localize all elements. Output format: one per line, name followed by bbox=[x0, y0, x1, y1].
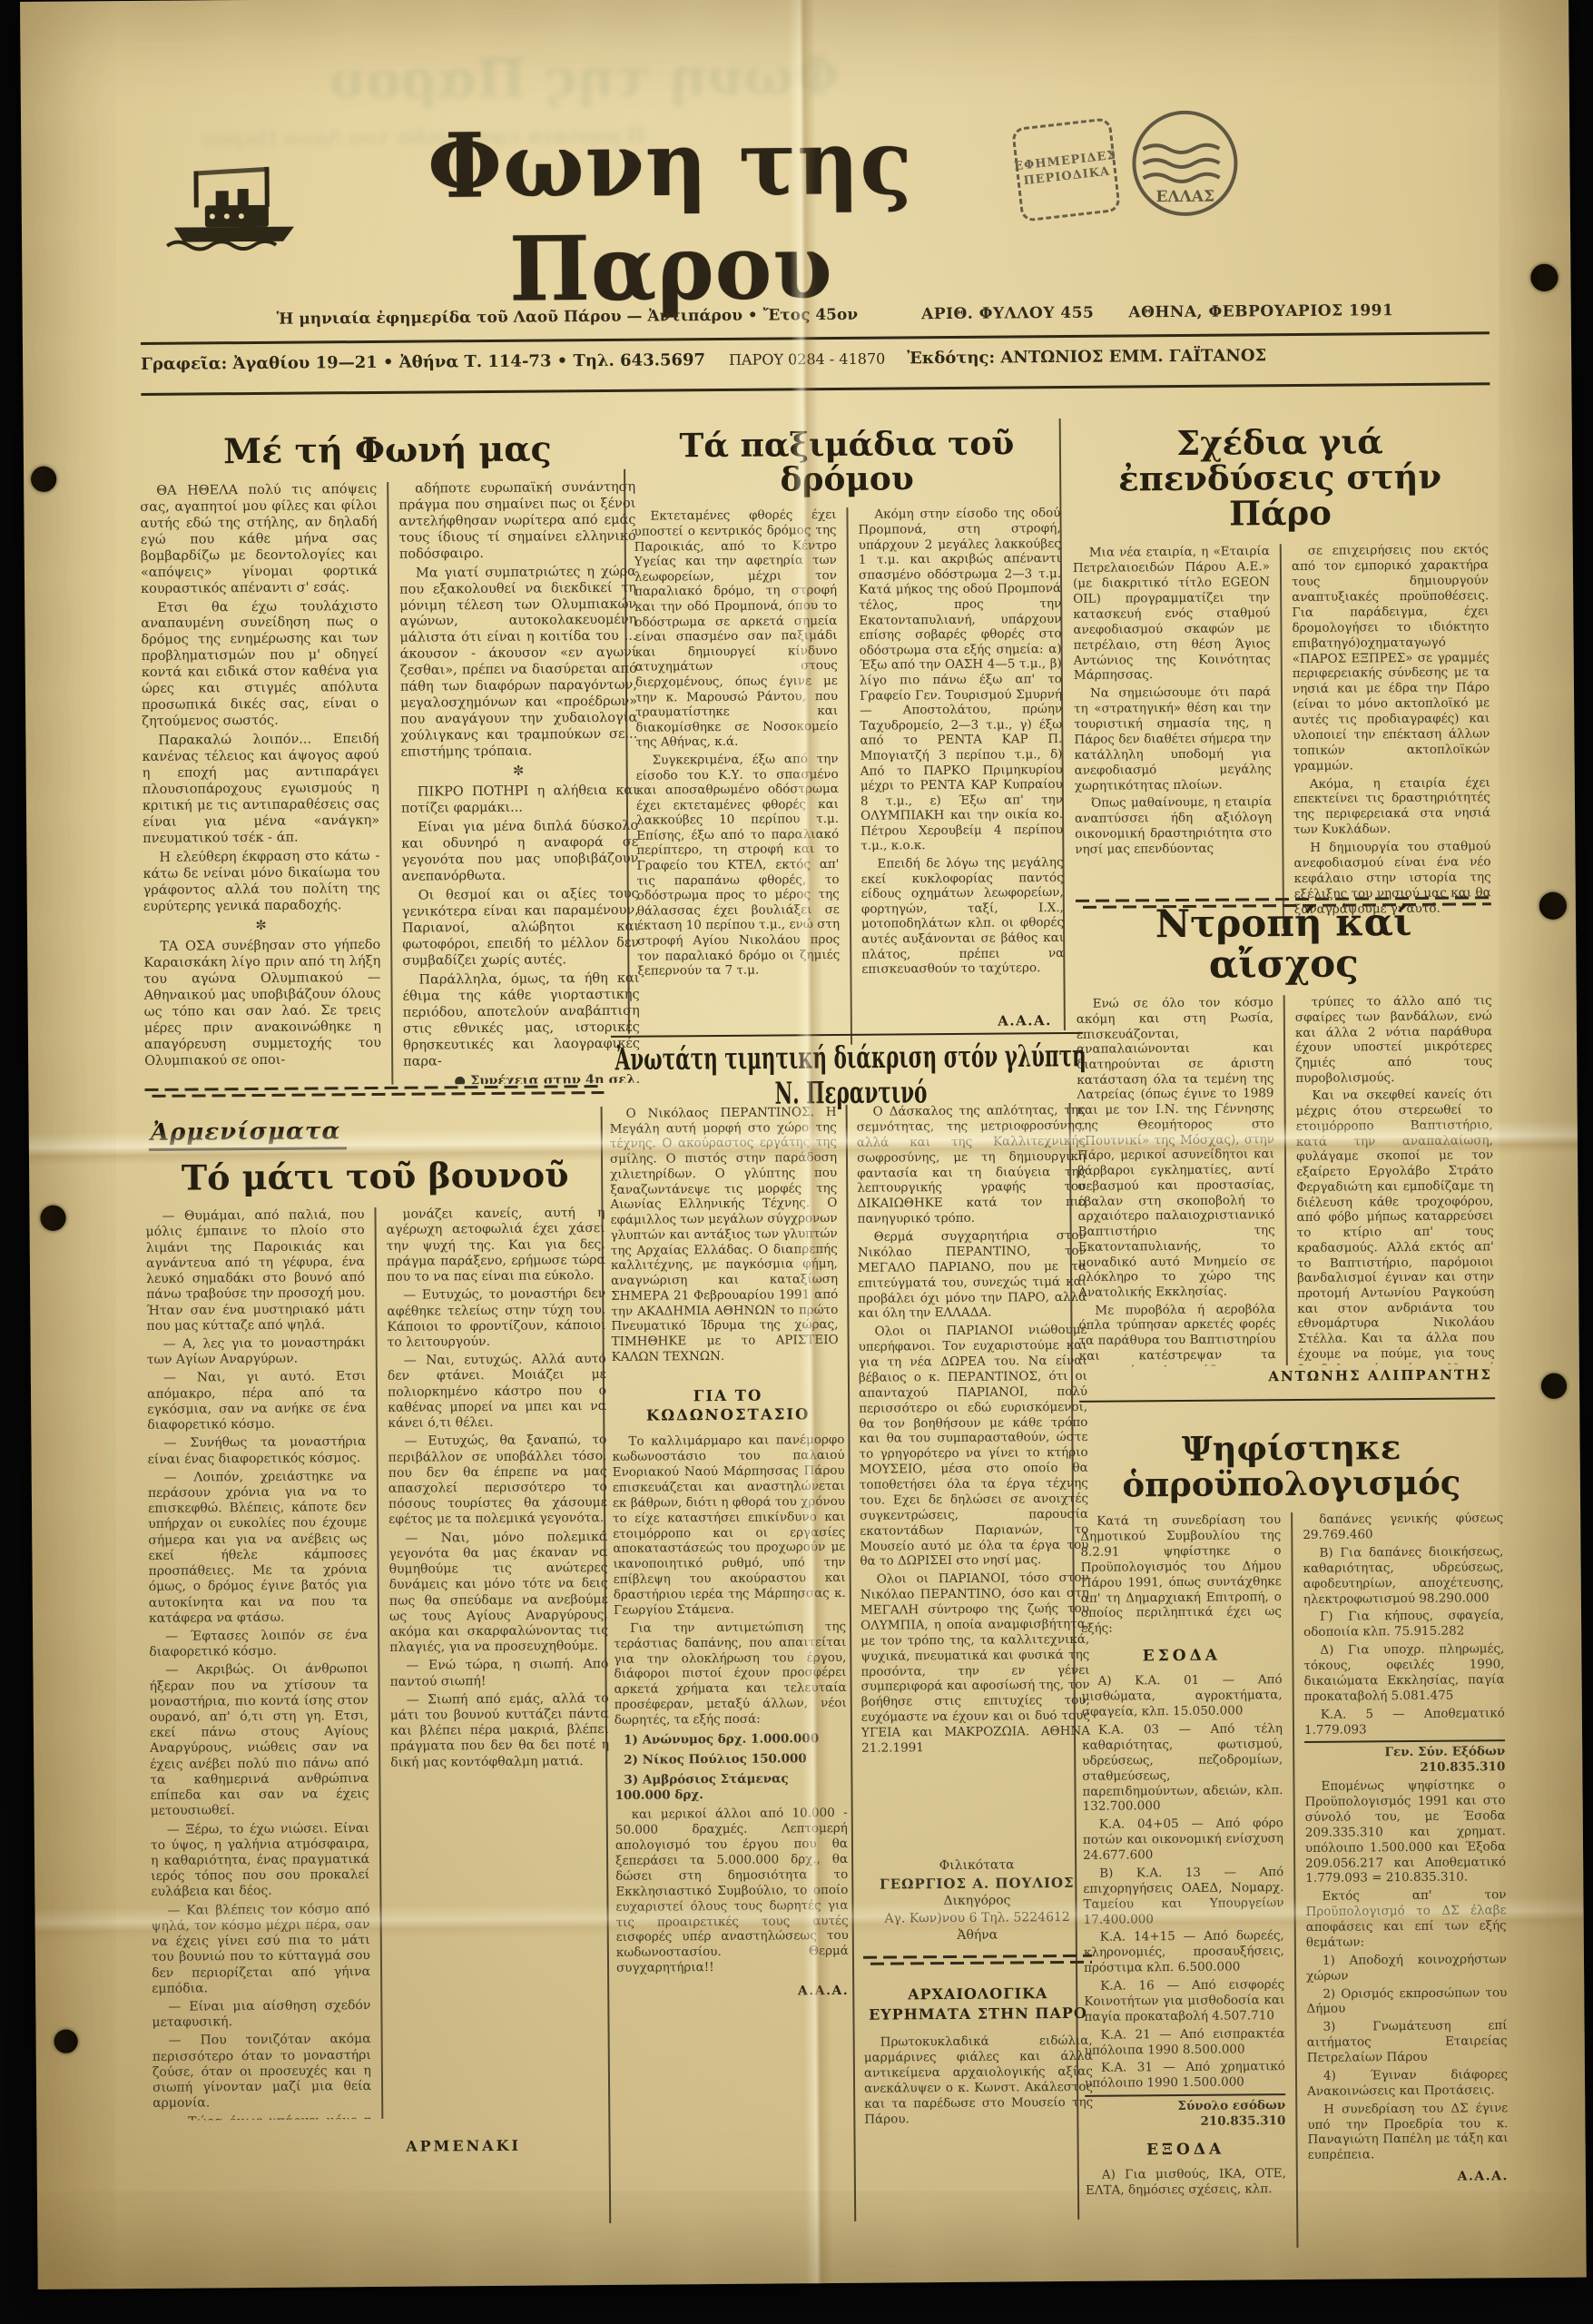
paragraph: ✼ bbox=[143, 918, 380, 936]
paragraph: Είναι για μένα διπλά δύσκολο και οδυνηρό… bbox=[401, 819, 639, 886]
paragraph: ΘΑ ΗΘΕΛΑ πολύ τις απόψεις σας, αγαπητοί … bbox=[140, 482, 378, 598]
article-ntropi-kai-aisxos: Ντροπή καί αἴσχος Ενώ σε όλο τον κόσμο α… bbox=[1076, 889, 1495, 1367]
paragraph: — Είναι μια αίσθηση σχεδόν μεταφυσική. bbox=[152, 1998, 370, 2031]
paragraph: 3) Γνωμάτευση επί αιτήματος Εταιρείας Πε… bbox=[1307, 2019, 1508, 2066]
paros-phone: ΠΑΡΟΥ 0284 - 41870 bbox=[729, 350, 885, 369]
dashed-rule bbox=[144, 1085, 604, 1098]
paragraph: — Θυμάμαι, από παλιά, που μόλις έμπαινε … bbox=[145, 1207, 365, 1334]
article-signature: ΑΡΜΕΝΑΚΙ bbox=[354, 2136, 572, 2155]
article-headline: Μέ τή Φωνή μας bbox=[140, 430, 635, 471]
bleed-through-text: Φωνη της Παρου bbox=[329, 45, 839, 111]
publisher-line: Ἐκδότης: ΑΝΤΩΝΙΟΣ ΕΜΜ. ΓΑΪΤΑΝΟΣ bbox=[907, 346, 1266, 368]
section-title: ΑΡΧΑΙΟΛΟΓΙΚΑ ΕΥΡΗΜΑΤΑ ΣΤΗΝ ΠΑΡΟ bbox=[863, 1984, 1092, 2024]
article-column: μονάζει κανείς, αυτή η αγέρωχη αετοφωλιά… bbox=[386, 1206, 612, 2119]
column-divider bbox=[1283, 995, 1288, 1365]
article-signature: Α.Α.Α. bbox=[998, 1012, 1052, 1029]
paragraph: ΤΑ ΟΣΑ συνέβησαν στο γήπεδο Καραισκάκη λ… bbox=[143, 938, 381, 1070]
tagline: Ἡ μηνιαία ἐφημερίδα τοῦ Λαοῦ Πάρου — Ἀντ… bbox=[277, 306, 858, 329]
rule bbox=[1079, 1397, 1495, 1403]
paragraph: Κ.Α. 21 — Από εισπρακτέα υπόλοιπα 1990 8… bbox=[1085, 2026, 1285, 2058]
column-divider bbox=[1291, 1512, 1298, 2248]
paragraph: 4) Έγιναν διάφορες Ανακοινώσεις και Προτ… bbox=[1307, 2067, 1508, 2099]
signature-closing: Φιλικότατα bbox=[862, 1856, 1091, 1876]
dashed-rule bbox=[863, 1955, 1092, 1966]
article-kodonostasio: ΓΙΑ ΤΟ ΚΩΔΩΝΟΣΤΑΣΙΟ Το καλλιμάρμαρο και … bbox=[612, 1386, 849, 2001]
article-sxedia-ependyseis: Σχέδια γιά ἐπενδύσεις στήν Πάρο Μια νέα … bbox=[1072, 400, 1492, 931]
paragraph: Θερμά συγχαρητήρια στον Νικόλαο ΠΕΡΑΝΤΙΝ… bbox=[858, 1228, 1087, 1322]
issue-date: ΑΘΗΝΑ, ΦΕΒΡΟΥΑΡΙΟΣ 1991 bbox=[1128, 301, 1393, 321]
article-headline: Τό μάτι τοῦ βουνοῦ bbox=[145, 1157, 605, 1196]
paragraph: — Ξέρω, το έχω νιώσει. Είναι το ύψος, η … bbox=[151, 1821, 370, 1901]
paragraph: Όπως μαθαίνουμε, η εταιρία αναπτύσσει ήδ… bbox=[1075, 795, 1273, 858]
paragraph: Κ.Α. 03 — Από τέλη καθαριότητας, φωτισμο… bbox=[1082, 1721, 1283, 1815]
paragraph: Το καλλιμάρμαρο και πανέμορφο κωδωνοστάσ… bbox=[612, 1433, 846, 1619]
paragraph: ΠΙΚΡΟ ΠΟΤΗΡΙ η αλήθεια και ποτίζει φαρμά… bbox=[401, 783, 638, 818]
article-column: Μια νέα εταιρία, η «Εταιρία Πετρελαιοειδ… bbox=[1073, 545, 1273, 931]
paragraph: Ο Δάσκαλος της απλότητας, της σεμνότητας… bbox=[857, 1103, 1087, 1227]
paragraph: Επομένως ψηφίστηκε ο Προϋπολογισμός 1991… bbox=[1304, 1777, 1506, 1886]
exoda-header: ΕΞΟΔΑ bbox=[1086, 2140, 1286, 2161]
section-body: Το καλλιμάρμαρο και πανέμορφο κωδωνοστάσ… bbox=[612, 1433, 847, 1728]
paragraph: 2) Νίκος Πούλιος 150.000 bbox=[615, 1751, 847, 1768]
article-headline: Ψηφίστηκε ὁπροϋπολογισμός bbox=[1079, 1429, 1503, 1503]
article-column: Εκτεταμένες φθορές έχει υποστεί ο κεντρι… bbox=[634, 507, 841, 1047]
paragraph: Κ.Α. 5 — Αποθεματικό 1.779.093 bbox=[1304, 1706, 1505, 1738]
article-column: Ενώ σε όλο τον κόσμο ακόμη και στη Ρωσία… bbox=[1077, 995, 1276, 1367]
donor-list: 1) Ανώνυμος δρχ. 1.000.0002) Νίκος Πούλι… bbox=[615, 1731, 848, 1804]
ship-logo-icon bbox=[157, 143, 308, 251]
paragraph: ✼ bbox=[401, 763, 638, 782]
paragraph: — Ακριβώς. Οι άνθρωποι ήξεραν που να χτί… bbox=[149, 1661, 369, 1819]
paragraph: Κ.Α. 14+15 — Από δωρεές, κληρονομιές, πρ… bbox=[1084, 1929, 1284, 1976]
paragraph: — Ναι, μόνο πολεμικά γεγονότα θα μας έκα… bbox=[388, 1530, 608, 1657]
article-signature: ΑΝΤΩΝΗΣ ΑΛΙΠΡΑΝΤΗΣ bbox=[1247, 1366, 1492, 1384]
article-arxaiologika-evrimata: ΑΡΧΑΙΟΛΟΓΙΚΑ ΕΥΡΗΜΑΤΑ ΣΤΗΝ ΠΑΡΟ Πρωτοκυκ… bbox=[863, 1971, 1093, 2130]
esoda-list: Α) Κ.Α. 01 — Από μισθώματα, αγροκτήματα,… bbox=[1082, 1673, 1286, 2092]
paragraph: Παρακαλώ λοιπόν... Επειδή κανένας τέλειο… bbox=[142, 732, 379, 848]
column-divider bbox=[846, 507, 852, 1045]
section-body: και μερικοί άλλοι από 10.000 - 50.000 δρ… bbox=[615, 1806, 849, 1976]
article-column: δαπάνες γενικής φύσεως 29.769.460Β) Για … bbox=[1303, 1511, 1509, 2248]
column-divider bbox=[374, 1207, 383, 2119]
section-title: ΓΙΑ ΤΟ ΚΩΔΩΝΟΣΤΑΣΙΟ bbox=[612, 1386, 844, 1425]
paragraph: τρύπες το άλλο από τις σφαίρες των βανδά… bbox=[1295, 993, 1493, 1086]
exoda-lead: Α) Για μισθούς, ΙΚΑ, ΟΤΕ, ΕΛΤΑ, δημόσιες… bbox=[1086, 2166, 1286, 2198]
masthead-address-row: Γραφεῖα: Ἀγαθίου 19—21 • Ἀθήνα Τ. 114-73… bbox=[141, 344, 1491, 374]
column-divider bbox=[1280, 545, 1284, 930]
signature-address: Αγ. Κων)νου 6 Τηλ. 5224612 bbox=[863, 1909, 1092, 1928]
article-headline-perantinos: Ἀνωτάτη τιμητική διάκριση στόν γλύπτη Ν.… bbox=[611, 1039, 1090, 1090]
paragraph: Α) Κ.Α. 01 — Από μισθώματα, αγροκτήματα,… bbox=[1082, 1673, 1283, 1720]
section-body: Πρωτοκυκλαδικά ειδώλια, μαρμάρινες φιάλε… bbox=[864, 2033, 1094, 2127]
paragraph: Ετσι θα έχω τουλάχιστο αναπαυμένη συνείδ… bbox=[141, 598, 379, 731]
paragraph: — Και βλέπεις τον κόσμο από ψηλά, τον κό… bbox=[151, 1902, 370, 1997]
paragraph: Εκτός απ' τον Προϋπολογισμό το ΔΣ έλαβε … bbox=[1305, 1888, 1507, 1951]
budget-closing: Επομένως ψηφίστηκε ο Προϋπολογισμός 1991… bbox=[1304, 1777, 1508, 2163]
rule bbox=[141, 382, 1490, 396]
paragraph: — Έφτασες λοιπόν σε ένα διαφορετικό κόσμ… bbox=[149, 1628, 368, 1660]
paragraph: Ολοι οι ΠΑΡΙΑΝΟΙ νιώθουμε υπερήφανοι. Το… bbox=[858, 1323, 1088, 1570]
exoda-list: δαπάνες γενικής φύσεως 29.769.460Β) Για … bbox=[1303, 1511, 1505, 1738]
paragraph: 3) Αμβρόσιος Στάμενας 100.000 δρχ. bbox=[615, 1771, 847, 1804]
paragraph: Β) Κ.Α. 13 — Από επιχορηγήσεις ΟΑΕΔ, Νομ… bbox=[1083, 1865, 1284, 1927]
article-column: Ο Δάσκαλος της απλότητας, της σεμνότητας… bbox=[857, 1103, 1091, 1853]
paragraph: σε επιχειρήσεις που εκτός από τον εμπορι… bbox=[1292, 543, 1490, 774]
paragraph: Η ελεύθερη έκφραση στο κάτω - κάτω δε νε… bbox=[143, 849, 380, 916]
svg-text:ΕΛΛΑΣ: ΕΛΛΑΣ bbox=[1155, 188, 1214, 207]
paragraph: Ακόμη στην είσοδο της οδού Προμπονά, στη… bbox=[858, 506, 1063, 853]
article-column: — Θυμάμαι, από παλιά, που μόλις έμπαινε … bbox=[145, 1207, 371, 2121]
paragraph: Πρωτοκυκλαδικά ειδώλια, μαρμάρινες φιάλε… bbox=[864, 2033, 1094, 2127]
article-column: Ακόμη στην είσοδο της οδού Προμπονά, στη… bbox=[858, 506, 1065, 1045]
paragraph: Γ) Για κήπους, σφαγεία, οδοποιία κλπ. 75… bbox=[1303, 1609, 1504, 1640]
article-me-ti-foni-mas: Μέ τή Φωνή μας ΘΑ ΗΘΕΛΑ πολύ τις απόψεις… bbox=[140, 408, 641, 1087]
paragraph: Να σημειώσουμε ότι παρά τη «στρατηγική» … bbox=[1074, 685, 1272, 794]
punch-hole bbox=[1530, 264, 1558, 291]
paragraph: — Τώρα όμως υπάρχει μόνο η σιωπή και η ε… bbox=[152, 2113, 371, 2122]
paragraph: Με πυροβόλα ή αεροβόλα όπλα τρύπησαν αρκ… bbox=[1078, 1302, 1276, 1367]
signature-name: ΓΕΩΡΓΙΟΣ Α. ΠΟΥΛΙΟΣ bbox=[862, 1874, 1091, 1894]
column-rule bbox=[846, 1105, 857, 2221]
paragraph: Οι θεσμοί και οι αξίες τους γενικότερα ε… bbox=[402, 887, 640, 970]
paragraph: Κ.Α. 16 — Από εισφορές Κοινοτήτων για μι… bbox=[1084, 1977, 1284, 2024]
masthead-title: Φωνη της Παρου bbox=[302, 110, 1039, 323]
article-column: σε επιχειρήσεις που εκτός από τον εμπορι… bbox=[1292, 543, 1491, 930]
paragraph: Συγκεκριμένα, έξω από την είσοδο του Κ.Υ… bbox=[636, 752, 841, 980]
paragraph: Μια νέα εταιρία, η «Εταιρία Πετρελαιοειδ… bbox=[1073, 545, 1271, 684]
letter-signature-block: Φιλικότατα ΓΕΩΡΓΙΟΣ Α. ΠΟΥΛΙΟΣ Δικηγόρος… bbox=[862, 1856, 1092, 1945]
paragraph: και μερικοί άλλοι από 10.000 - 50.000 δρ… bbox=[615, 1806, 849, 1976]
paragraph: 1) Αποδοχή κοινοχρήστων χώρων bbox=[1306, 1952, 1507, 1984]
paragraph: Και να σκεφθεί κανείς ότι μέχρις ότου στ… bbox=[1295, 1088, 1494, 1367]
column-label: Ἀρμενίσματα bbox=[149, 1118, 347, 1151]
article-column: τρύπες το άλλο από τις σφαίρες των βανδά… bbox=[1295, 993, 1495, 1365]
paragraph: — Συνήθως τα μοναστήρια είναι ένας διαφο… bbox=[147, 1434, 366, 1467]
punch-hole bbox=[40, 1206, 65, 1231]
esoda-total: Σύνολο εσόδων 210.835.310 bbox=[1085, 2093, 1285, 2130]
paragraph: ● Συνέχεια στην 4η σελ. bbox=[403, 1071, 640, 1086]
article-column: ΘΑ ΗΘΕΛΑ πολύ τις απόψεις σας, αγαπητοί … bbox=[140, 482, 381, 1087]
article-headline: Τά παξιμάδια τοῦ δρόμου bbox=[634, 426, 1061, 498]
postal-badge-icon: ΕΦΗΜΕΡΙΔΕΣ ΠΕΡΙΟΔΙΚΑ bbox=[1005, 111, 1126, 228]
paragraph: — Ευτυχώς, το μοναστήρι δεν αφέθηκε τελε… bbox=[387, 1286, 606, 1351]
paragraph: Ενώ σε όλο τον κόσμο ακόμη και στη Ρωσία… bbox=[1077, 995, 1276, 1300]
punch-hole bbox=[1539, 892, 1567, 920]
paragraph: — Ναι, ευτυχώς. Αλλά αυτό δεν φτάνει. Μο… bbox=[388, 1352, 607, 1432]
article-headline: Σχέδια γιά ἐπενδύσεις στήν Πάρο bbox=[1072, 423, 1489, 533]
paragraph: — Α, λες για το μοναστηράκι των Αγίων Αν… bbox=[147, 1335, 366, 1368]
paragraph: Κ.Α. 04+05 — Από φόρο ποτών και οικονομι… bbox=[1083, 1816, 1283, 1863]
column-divider bbox=[387, 482, 393, 1085]
paragraph: 1) Ανώνυμος δρχ. 1.000.000 bbox=[615, 1731, 847, 1748]
paragraph: δαπάνες γενικής φύσεως 29.769.460 bbox=[1303, 1511, 1503, 1542]
esoda-header: ΕΣΟΔΑ bbox=[1081, 1646, 1282, 1667]
paragraph: Ακόμα, η εταιρία έχει επεκτείνει τις δρα… bbox=[1293, 775, 1491, 838]
paragraph: — Ενώ τώρα, η σιωπή. Από παντού σιωπή! bbox=[389, 1657, 608, 1689]
paragraph: Κ.Α. 31 — Από χρηματικό υπόλοιπο 1990 1.… bbox=[1085, 2060, 1285, 2092]
paragraph: Παράλληλα, όμως, τα ήθη και έθιμα της κά… bbox=[402, 970, 640, 1070]
paragraph: — Λοιπόν, χρειάστηκε να περάσουν χρόνια … bbox=[148, 1469, 368, 1627]
article-signature: Α.Α.Α. bbox=[1308, 2169, 1509, 2186]
article-paximadia: Τά παξιμάδια τοῦ δρόμου Εκτεταμένες φθορ… bbox=[634, 404, 1065, 1032]
punch-hole bbox=[31, 467, 56, 492]
paragraph: — Ευτυχώς, θα ξαναπώ, το περιβάλλον σε υ… bbox=[388, 1433, 607, 1528]
paragraph: — Σιωπή από εμάς, αλλά το μάτι του βουνο… bbox=[390, 1691, 610, 1771]
paragraph: Δ) Για υποχρ. πληρωμές, τόκους, οφειλές … bbox=[1303, 1641, 1505, 1704]
paragraph: αδήποτε ευρωπαϊκή συνάντηση πράγμα που σ… bbox=[398, 479, 636, 563]
article-armenismata: Ἀρμενίσματα Τό μάτι τοῦ βουνοῦ — Θυμάμαι… bbox=[145, 1103, 613, 2121]
article-headline: Ντροπή καί αἴσχος bbox=[1076, 901, 1492, 986]
paragraph: Εκτεταμένες φθορές έχει υποστεί ο κεντρι… bbox=[634, 507, 838, 750]
punch-hole bbox=[54, 2030, 78, 2053]
article-column: Κατά τη συνεδρίαση του Δημοτικού Συμβουλ… bbox=[1080, 1512, 1286, 2250]
paragraph: Για την αντιμετώπιση της τεράστιας δαπάν… bbox=[614, 1620, 847, 1728]
paragraph: 2) Ορισμός εκπροσώπων του Δήμου bbox=[1306, 1985, 1507, 2017]
paragraph: — Ναι, γι αυτό. Ετσι απόμακρο, πέρα από … bbox=[147, 1370, 367, 1434]
article-column: Ο Νικόλαος ΠΕΡΑΝΤΙΝΟΣ. Η Μεγάλη αυτή μορ… bbox=[610, 1105, 839, 1386]
exoda-total: Γεν. Σύν. Εξόδων 210.835.310 bbox=[1304, 1740, 1505, 1777]
signature-city: Ἀθήνα bbox=[863, 1926, 1092, 1945]
paragraph: Επειδή δε λόγω της μεγάλης εκεί κυκλοφορ… bbox=[860, 855, 1064, 977]
paragraph: Η συνεδρίαση του ΔΣ έγινε υπό την Προεδρ… bbox=[1307, 2101, 1509, 2163]
offices-line: Γραφεῖα: Ἀγαθίου 19—21 • Ἀθήνα Τ. 114-73… bbox=[141, 350, 705, 374]
paragraph: — Που τονιζόταν ακόμα περισσότερο όταν τ… bbox=[152, 2032, 372, 2112]
paragraph: Μα γιατί συμπατριώτες η χώρα που εξακολο… bbox=[399, 564, 638, 762]
signature-role: Δικηγόρος bbox=[862, 1892, 1091, 1911]
budget-intro: Κατά τη συνεδρίαση του Δημοτικού Συμβουλ… bbox=[1080, 1512, 1282, 1637]
article-column: αδήποτε ευρωπαϊκή συνάντηση πράγμα που σ… bbox=[398, 479, 640, 1084]
postal-stamp-icon: ΕΛΛΑΣ bbox=[1128, 106, 1242, 220]
article-signature: Α.Α.Α. bbox=[616, 1984, 849, 2002]
newspaper-page: Φωνη της Παρου Η μηνιαια εφημεριδα του Λ… bbox=[20, 0, 1587, 2290]
paragraph: Ολοι οι ΠΑΡΙΑΝΟΙ, τόσο στον Νικόλαο ΠΕΡΑ… bbox=[860, 1571, 1091, 1756]
rule bbox=[141, 331, 1490, 345]
punch-hole bbox=[1541, 1374, 1567, 1399]
paragraph: μονάζει κανείς, αυτή η αγέρωχη αετοφωλιά… bbox=[386, 1206, 605, 1285]
paragraph: Β) Για δαπάνες διοικήσεως, καθαριότητας,… bbox=[1303, 1544, 1504, 1607]
article-proypologismos: Ψηφίστηκε ὁπροϋπολογισμός Κατά τη συνεδρ… bbox=[1079, 1406, 1509, 2250]
paragraph: Ο Νικόλαος ΠΕΡΑΝΤΙΝΟΣ. Η Μεγάλη αυτή μορ… bbox=[610, 1105, 839, 1364]
issue-number: ΑΡΙΘ. ΦΥΛΛΟΥ 455 bbox=[921, 304, 1094, 323]
